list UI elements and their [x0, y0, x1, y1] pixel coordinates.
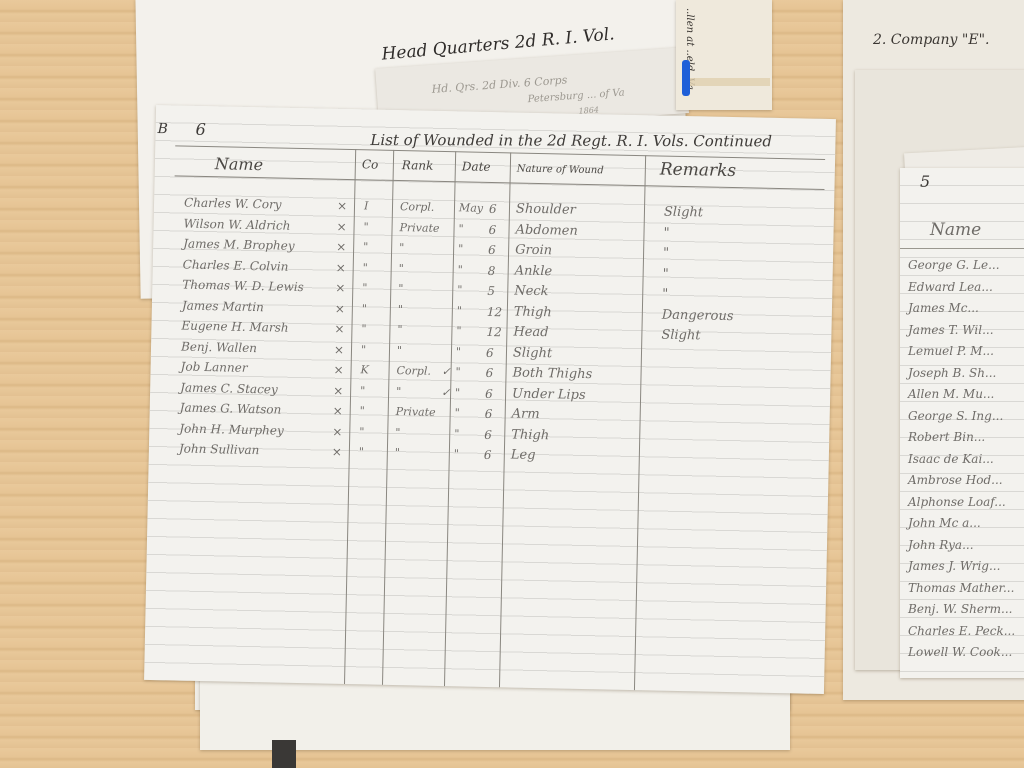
month: "	[456, 345, 461, 358]
month: "	[455, 365, 460, 378]
remarks: "	[663, 225, 669, 240]
table-gap	[272, 740, 296, 768]
rank: "	[399, 241, 404, 254]
rank: "	[398, 282, 403, 295]
roster-name: Lemuel P. M...	[908, 344, 994, 358]
soldier-name: James C. Stacey	[180, 380, 278, 396]
company: "	[361, 343, 366, 356]
nature-of-wound: Abdomen	[515, 222, 578, 238]
remarks: "	[662, 287, 668, 302]
mark: ×	[337, 199, 347, 213]
nature-of-wound: Slight	[513, 345, 552, 361]
month: May	[459, 201, 483, 215]
soldier-name: John H. Murphey	[179, 421, 284, 437]
day: 12	[486, 325, 502, 339]
nature-of-wound: Thigh	[511, 427, 549, 443]
mark: ×	[334, 342, 344, 356]
page-number: 5	[920, 172, 930, 191]
check-mark: ✓	[441, 365, 450, 378]
nature-of-wound: Groin	[515, 242, 552, 258]
company: "	[362, 281, 367, 294]
month: "	[455, 386, 460, 399]
roster-name: George G. Le...	[908, 258, 1000, 272]
day: 6	[486, 345, 494, 359]
roster-name: Charles E. Peck...	[908, 624, 1015, 638]
roster-name: Ambrose Hod...	[908, 473, 1003, 487]
mark: ×	[334, 322, 344, 336]
roster-name: Thomas Mather...	[908, 581, 1014, 595]
roster-name: James Mc...	[908, 301, 979, 315]
day: 6	[485, 407, 493, 421]
month: "	[457, 304, 462, 317]
roster-name: Benj. W. Sherm...	[908, 602, 1012, 616]
company: "	[363, 240, 368, 253]
rank: "	[397, 344, 402, 357]
mark: ×	[333, 383, 343, 397]
soldier-name: John Sullivan	[179, 441, 260, 457]
day: 5	[487, 284, 495, 298]
nature-of-wound: Ankle	[515, 263, 553, 279]
header-name: Name	[215, 154, 264, 174]
header-rank: Rank	[402, 158, 434, 173]
month: "	[458, 222, 463, 235]
roster-name: Robert Bin...	[908, 430, 985, 444]
wounded-list-sheet: B 6 List of Wounded in the 2d Regt. R. I…	[144, 105, 836, 694]
company: "	[360, 384, 365, 397]
soldier-name: Charles E. Colvin	[183, 257, 289, 273]
folded-strip: ..llen at ..eld, Va.	[676, 0, 772, 110]
blue-clip	[682, 60, 690, 96]
header-company: Co	[362, 157, 379, 171]
roster-name: James J. Wrig...	[908, 559, 1000, 573]
rank: Corpl.	[396, 364, 431, 378]
day: 6	[484, 448, 492, 462]
roster-name: George S. Ing...	[908, 409, 1003, 423]
soldier-name: Job Lanner	[180, 360, 247, 375]
list-title: List of Wounded in the 2d Regt. R. I. Vo…	[370, 131, 772, 150]
month: "	[454, 447, 459, 460]
roster-name: Lowell W. Cook...	[908, 645, 1012, 659]
day: 6	[488, 243, 496, 257]
rank: Private	[399, 221, 439, 235]
nature-of-wound: Neck	[514, 283, 549, 299]
roster-name: Allen M. Mu...	[908, 387, 994, 401]
header-nature-of-wound: Nature of Wound	[517, 164, 604, 177]
roster-name: Alphonse Loaf...	[908, 495, 1006, 509]
roster-name: James T. Wil...	[908, 323, 994, 337]
remarks: Dangerous	[662, 307, 734, 323]
rank: "	[399, 262, 404, 275]
company: I	[364, 199, 369, 212]
day: 8	[488, 263, 496, 277]
mark: ×	[336, 260, 346, 274]
roster-page-5: 5 Name George G. Le...Edward Lea...James…	[900, 168, 1024, 678]
nature-of-wound: Both Thighs	[512, 365, 592, 382]
soldier-name: Benj. Wallen	[181, 339, 257, 355]
name-header: Name	[930, 220, 981, 240]
header-remarks: Remarks	[660, 160, 737, 182]
company: "	[363, 261, 368, 274]
day: 6	[484, 427, 492, 441]
roster-name: John Rya...	[908, 538, 974, 552]
rank: Private	[396, 405, 436, 419]
stain	[690, 78, 770, 86]
roster-name: Joseph B. Sh...	[908, 366, 996, 380]
day: 6	[485, 386, 493, 400]
rank: "	[397, 323, 402, 336]
rank: "	[395, 446, 400, 459]
nature-of-wound: Shoulder	[516, 202, 576, 218]
remarks: "	[663, 266, 669, 281]
month: "	[458, 263, 463, 276]
month: "	[457, 283, 462, 296]
remarks: Slight	[661, 328, 700, 344]
check-mark: ✓	[441, 385, 450, 398]
company: "	[361, 322, 366, 335]
soldier-name: James Martin	[182, 298, 264, 314]
month: "	[458, 242, 463, 255]
soldier-name: Eugene H. Marsh	[181, 319, 288, 335]
nature-of-wound: Leg	[511, 447, 536, 463]
company: "	[360, 404, 365, 417]
remarks: "	[663, 246, 669, 261]
mark: ×	[332, 424, 342, 438]
mark: ×	[336, 219, 346, 233]
page-number: 6	[195, 120, 206, 139]
soldier-name: Thomas W. D. Lewis	[182, 278, 304, 295]
company: "	[362, 302, 367, 315]
soldier-name: James G. Watson	[180, 401, 282, 417]
rank: Corpl.	[400, 200, 435, 214]
day: 12	[487, 304, 503, 318]
soldier-name: Charles W. Cory	[184, 196, 282, 212]
header-date: Date	[462, 159, 491, 174]
rank: "	[395, 426, 400, 439]
nature-of-wound: Arm	[512, 406, 540, 422]
mark: ×	[332, 445, 342, 459]
mark: ×	[333, 363, 343, 377]
day: 6	[485, 366, 493, 380]
company: "	[359, 445, 364, 458]
mark: ×	[335, 301, 345, 315]
page-mark: B	[157, 121, 168, 137]
rank: "	[396, 385, 401, 398]
roster-name: Edward Lea...	[908, 280, 993, 294]
roster-name: Isaac de Kai...	[908, 452, 994, 466]
nature-of-wound: Thigh	[514, 304, 552, 320]
month: "	[454, 427, 459, 440]
mark: ×	[335, 281, 345, 295]
company-label: 2. Company "E".	[873, 32, 989, 48]
remarks: Slight	[664, 205, 703, 221]
roster-name: John Mc a...	[908, 516, 981, 530]
day: 6	[489, 202, 497, 216]
mark: ×	[336, 240, 346, 254]
company: K	[360, 363, 368, 376]
rank: "	[398, 303, 403, 316]
soldier-name: Wilson W. Aldrich	[183, 216, 290, 232]
company: "	[363, 220, 368, 233]
nature-of-wound: Under Lips	[512, 386, 586, 403]
soldier-name: James M. Brophey	[183, 237, 295, 253]
month: "	[456, 324, 461, 337]
nature-of-wound: Head	[513, 324, 548, 340]
mark: ×	[333, 404, 343, 418]
note-line: Petersburg ... of Va	[527, 87, 625, 105]
company: "	[359, 425, 364, 438]
day: 6	[488, 222, 496, 236]
rule-line	[900, 248, 1024, 249]
month: "	[455, 406, 460, 419]
